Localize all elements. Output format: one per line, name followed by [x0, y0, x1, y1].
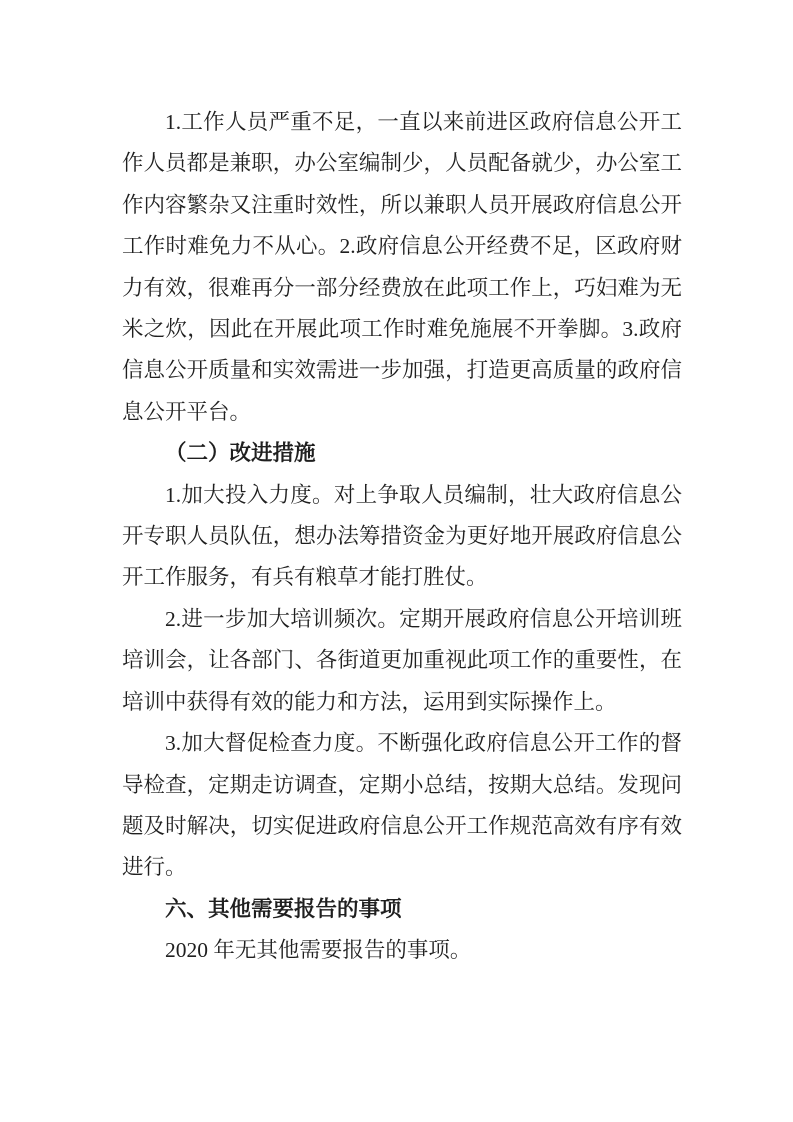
paragraph-strengthen-supervision: 3.加大督促检查力度。不断强化政府信息公开工作的督导检查，定期走访调查，定期小总…	[122, 723, 682, 889]
document-page: 1.工作人员严重不足，一直以来前进区政府信息公开工作人员都是兼职，办公室编制少，…	[0, 0, 793, 1122]
heading-improvement-measures: （二）改进措施	[122, 433, 682, 474]
paragraph-existing-problems: 1.工作人员严重不足，一直以来前进区政府信息公开工作人员都是兼职，办公室编制少，…	[122, 102, 682, 433]
paragraph-increase-investment: 1.加大投入力度。对上争取人员编制，壮大政府信息公开专职人员队伍，想办法筹措资金…	[122, 475, 682, 599]
paragraph-no-other-matters: 2020 年无其他需要报告的事项。	[122, 930, 682, 971]
document-body: 1.工作人员严重不足，一直以来前进区政府信息公开工作人员都是兼职，办公室编制少，…	[122, 102, 682, 972]
paragraph-increase-training: 2.进一步加大培训频次。定期开展政府信息公开培训班培训会，让各部门、各街道更加重…	[122, 599, 682, 723]
heading-other-matters: 六、其他需要报告的事项	[122, 889, 682, 930]
